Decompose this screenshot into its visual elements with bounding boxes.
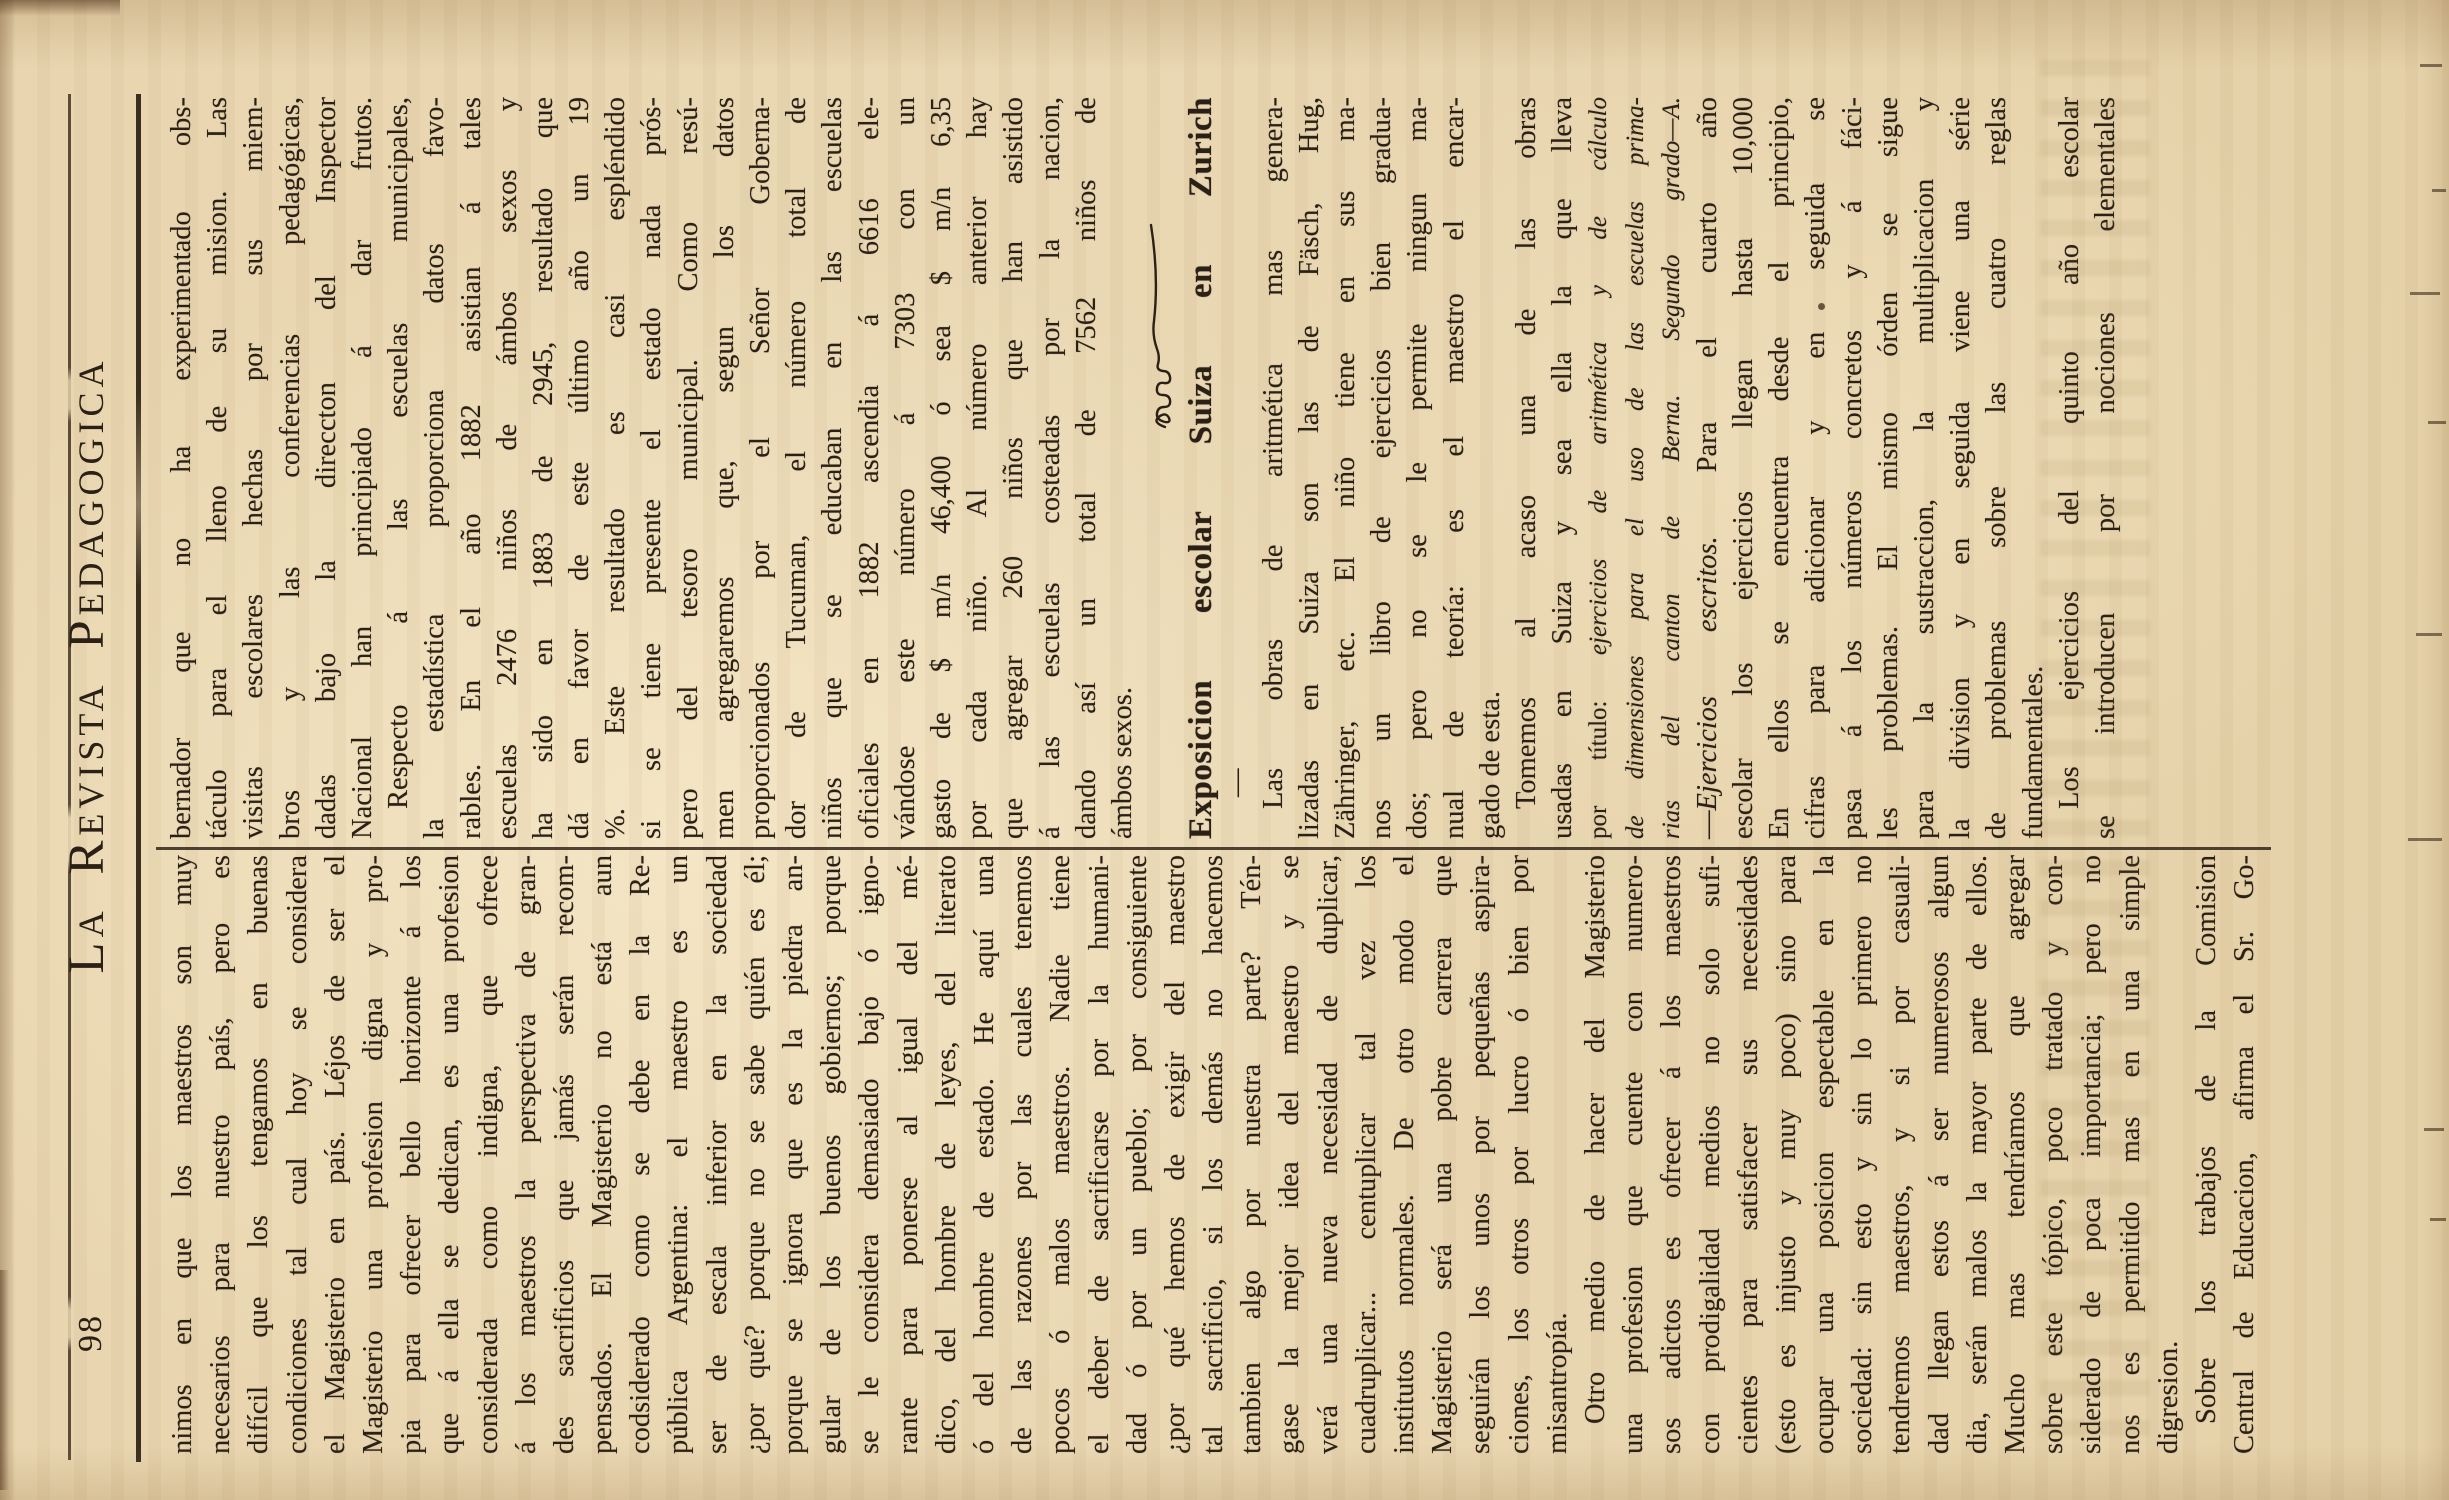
text-line: sobre este tópico, poco tratado y con- bbox=[2035, 855, 2073, 1454]
scanned-page-screenshot: 98 La Revista Pedagogica nimos en que lo… bbox=[0, 0, 2449, 1500]
text-line: gasto de $ m/n 46,400 ó sea $ m/n 6,35 bbox=[924, 97, 960, 839]
text-line: cifras para adicionar y en seguida se bbox=[1798, 97, 1834, 839]
text-line: seguirán los unos por pequeñas aspira- bbox=[1462, 855, 1500, 1454]
journal-title: La Revista Pedagogica bbox=[58, 305, 116, 1025]
text-line: á los maestros la perspectiva de gran- bbox=[508, 855, 546, 1454]
text-line: vándose este número á 7303 con un bbox=[888, 97, 924, 839]
text-line: lizadas en Suiza son las de Fäsch, Hug, bbox=[1292, 97, 1328, 839]
text-line: Otro medio de hacer del Magisterio bbox=[1577, 855, 1615, 1454]
section-heading: Exposicion escolar Suiza en Zurich bbox=[1177, 97, 1219, 839]
text-line: gular de los buenos gobiernos; porque bbox=[813, 855, 851, 1454]
text-line: pública Argentina: el maestro es un bbox=[660, 855, 698, 1454]
text-line: escolar los ejercicios llegan hasta 10,0… bbox=[1726, 97, 1762, 839]
text-line: pasa á los números concretos y á fáci- bbox=[1835, 97, 1871, 839]
text-line: necesarios para nuestro país, pero es bbox=[202, 855, 240, 1454]
text-line: Las obras de aritmética mas genera- bbox=[1256, 97, 1292, 839]
text-line: ha sido en 1883 de 2945, resultado que bbox=[526, 97, 562, 839]
dash-separator: — bbox=[1219, 97, 1255, 839]
text-line: táculo para el lleno de su mision. Las bbox=[200, 97, 236, 839]
column-divider-rule bbox=[156, 847, 2271, 850]
text-line: fundamentales. bbox=[2016, 97, 2052, 839]
text-line: la estadística proporciona datos favo- bbox=[417, 97, 453, 839]
text-line: des sacrificios que jamás serán recom- bbox=[546, 855, 584, 1454]
text-line: bros y las conferencias pedagógicas, bbox=[273, 97, 309, 839]
text-line: %. Este resultado es casi espléndido bbox=[598, 97, 634, 839]
text-line: En ellos se encuentra desde el principio… bbox=[1762, 97, 1798, 839]
text-line: dad ó por un pueblo; por consiguiente bbox=[1119, 855, 1157, 1454]
text-line: siderado de poca importancia; pero no bbox=[2073, 855, 2111, 1454]
text-line: cuadruplicar... centuplicar tal vez los bbox=[1348, 855, 1386, 1454]
text-line: Los ejercicios del quinto año escolar bbox=[2052, 97, 2088, 839]
text-line: tendremos maestros, y si por casuali- bbox=[1882, 855, 1920, 1454]
text-line: ámbos sexos. bbox=[1105, 97, 1141, 839]
text-line: de problemas sobre las cuatro reglas bbox=[1979, 97, 2015, 839]
text-line: digresion. bbox=[2150, 855, 2188, 1454]
text-line: se le considera demasiado bajo ó igno- bbox=[851, 855, 889, 1454]
text-line: pia para ofrecer bello horizonte á los bbox=[393, 855, 431, 1454]
text-line: Sobre los trabajos de la Comision bbox=[2188, 855, 2226, 1454]
text-line: misantropía. bbox=[1539, 855, 1577, 1454]
text-line: de dimensiones para el uso de las escuel… bbox=[1618, 97, 1654, 839]
text-line: difícil que los tengamos en buenas bbox=[240, 855, 278, 1454]
text-line: tal sacrificio, si los demás no hacemos bbox=[1195, 855, 1233, 1454]
text-line: si se tiene presente el estado nada prós… bbox=[634, 97, 670, 839]
text-line: Magisterio una profesion digna y pro- bbox=[355, 855, 393, 1454]
text-line: el deber de sacrificarse por la humani- bbox=[1081, 855, 1119, 1454]
text-line: considerada como indigna, que ofrece bbox=[470, 855, 508, 1454]
flourish-icon bbox=[1146, 219, 1176, 431]
flourish-divider bbox=[1141, 97, 1177, 839]
text-line: Zähringer, etc. El niño tiene en sus ma- bbox=[1328, 97, 1364, 839]
text-line: les problemas. El mismo órden se sigue bbox=[1871, 97, 1907, 839]
text-line: dá en favor de este último año un 19 bbox=[562, 97, 598, 839]
text-line: Respecto á las escuelas municipales, bbox=[381, 97, 417, 839]
text-line: se introducen por nociones elementales bbox=[2088, 97, 2124, 839]
text-line: dando así un total de 7562 niños de bbox=[1069, 97, 1105, 839]
text-line: institutos normales. De otro modo el bbox=[1386, 855, 1424, 1454]
text-line: proporcionados por el Señor Goberna- bbox=[743, 97, 779, 839]
right-text-column: bernador que no ha experimentado obs-tác… bbox=[164, 97, 2124, 839]
text-line: rante para ponerse al igual del mé- bbox=[890, 855, 928, 1454]
roman-run: Para el cuarto año bbox=[1692, 97, 1723, 536]
text-line: Nacional han principiado á dar frutos. bbox=[345, 97, 381, 839]
text-line: por cada niño. Al número anterior hay bbox=[960, 97, 996, 839]
text-line: porque se ignora que es la piedra an- bbox=[775, 855, 813, 1454]
text-line: —Ejercicios escritos. Para el cuarto año bbox=[1690, 97, 1726, 839]
text-line: ¿por qué? porque no se sabe quién es él; bbox=[737, 855, 775, 1454]
text-line: ser de escala inferior en la sociedad bbox=[699, 855, 737, 1454]
text-line: la division y en seguida viene una série bbox=[1943, 97, 1979, 839]
text-line: Central de Educacion, afirma el Sr. Go- bbox=[2226, 855, 2264, 1454]
text-line: que á ella se dedican, es una profesion bbox=[431, 855, 469, 1454]
text-line: Tomemos al acaso una de las obras bbox=[1509, 97, 1545, 839]
text-line: con prodigalidad medios no solo sufi- bbox=[1692, 855, 1730, 1454]
text-line: de las razones por las cuales tenemos bbox=[1004, 855, 1042, 1454]
text-line: Mucho mas tendríamos que agregar bbox=[1997, 855, 2035, 1454]
text-line: una profesion que cuente con numero- bbox=[1615, 855, 1653, 1454]
text-line: condiciones tal cual hoy se considera bbox=[279, 855, 317, 1454]
text-line: dad llegan estos á ser numerosos algun bbox=[1921, 855, 1959, 1454]
text-line: ó del hombre de estado. He aquí una bbox=[966, 855, 1004, 1454]
roman-run: — bbox=[1692, 811, 1723, 840]
text-line: oficiales en 1882 ascendia á 6616 ele- bbox=[852, 97, 888, 839]
text-line: gase la mejor idea del maestro y se bbox=[1271, 855, 1309, 1454]
text-line: nos un libro de ejercicios bien gradua- bbox=[1364, 97, 1400, 839]
text-line: pensados. El Magisterio no está aun bbox=[584, 855, 622, 1454]
text-line: (esto es injusto y muy poco) sino para bbox=[1768, 855, 1806, 1454]
text-line: ¿por qué hemos de exigir del maestro bbox=[1157, 855, 1195, 1454]
text-line: para la sustraccion, la multiplicacion y bbox=[1907, 97, 1943, 839]
text-line: rias del canton de Berna. Segundo grado—… bbox=[1654, 97, 1690, 839]
italic-run: rias del canton de Berna. Segundo grado—… bbox=[1658, 97, 1685, 839]
text-line: Magisterio será una pobre carrera que bbox=[1424, 855, 1462, 1454]
text-line: dico, del hombre de leyes, del literato bbox=[928, 855, 966, 1454]
text-line: nimos en que los maestros son muy bbox=[164, 855, 202, 1454]
text-line: cientes para satisfacer sus necesidades bbox=[1730, 855, 1768, 1454]
text-line: ciones, los otros por lucro ó bien por bbox=[1501, 855, 1539, 1454]
text-line: usadas en Suiza y sea ella la que lleva bbox=[1545, 97, 1581, 839]
text-line: por título: ejercicios de aritmética y d… bbox=[1581, 97, 1617, 839]
text-line: bernador que no ha experimentado obs- bbox=[164, 97, 200, 839]
text-line: sos adictos es ofrecer á los maestros bbox=[1653, 855, 1691, 1454]
journal-page: 98 La Revista Pedagogica nimos en que lo… bbox=[0, 0, 2449, 1500]
text-line: dor de Tucuman, el número total de bbox=[779, 97, 815, 839]
text-line: visitas escolares hechas por sus miem- bbox=[236, 97, 272, 839]
text-line: tambien algo por nuestra parte? Tén- bbox=[1233, 855, 1271, 1454]
text-line: rables. En el año 1882 asistian á tales bbox=[454, 97, 490, 839]
text-line: escuelas 2476 niños de ámbos sexos y bbox=[490, 97, 526, 839]
text-line: men agregaremos que, segun los datos bbox=[707, 97, 743, 839]
page-number: 98 bbox=[72, 1314, 110, 1352]
left-text-column: nimos en que los maestros son muynecesar… bbox=[164, 855, 2264, 1454]
text-line: dadas bajo la direccton del Inspector bbox=[309, 97, 345, 839]
italic-run: ejercicios de aritmética y de cálculo bbox=[1585, 97, 1612, 655]
italic-run: Ejercicios escritos. bbox=[1692, 536, 1723, 810]
text-line: gado de esta. bbox=[1473, 97, 1509, 839]
roman-run: por título: bbox=[1585, 655, 1612, 839]
text-line: el Magisterio en país. Léjos de ser el bbox=[317, 855, 355, 1454]
text-line: á las escuelas costeadas por la nacion, bbox=[1033, 97, 1069, 839]
header-rule-bottom bbox=[136, 94, 141, 1462]
text-line: sociedad: sin esto y sin lo primero no bbox=[1844, 855, 1882, 1454]
text-line: dia, serán malos la mayor parte de ellos… bbox=[1959, 855, 1997, 1454]
text-line: verá una nueva necesidad de duplicar, bbox=[1310, 855, 1348, 1454]
text-line: nual de teoría: es el maestro el encar- bbox=[1437, 97, 1473, 839]
italic-run: de dimensiones para el uso de las escuel… bbox=[1622, 97, 1649, 839]
text-line: dos; pero no se le permite ningun ma- bbox=[1400, 97, 1436, 839]
text-line: niños que se educaban en las escuelas bbox=[815, 97, 851, 839]
text-line: que agregar 260 niños que han asistido bbox=[996, 97, 1032, 839]
text-line: nos es permitido mas en una simple bbox=[2112, 855, 2150, 1454]
text-line: codsiderado como se debe en la Re- bbox=[622, 855, 660, 1454]
text-line: pocos ó malos maestros. Nadie tiene bbox=[1042, 855, 1080, 1454]
text-line: ocupar una posicion espectable en la bbox=[1806, 855, 1844, 1454]
text-line: pero del tesoro municipal. Como resú- bbox=[671, 97, 707, 839]
